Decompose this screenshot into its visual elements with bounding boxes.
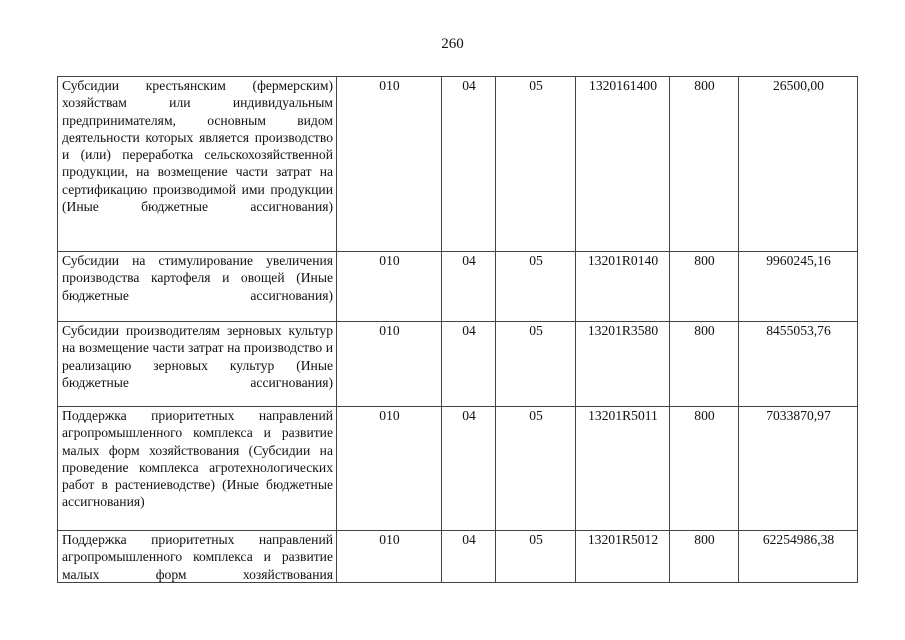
ministry-code-cell: 010 — [337, 407, 442, 531]
subsection-code-cell: 05 — [496, 322, 576, 407]
amount-cell: 62254986,38 — [739, 531, 858, 583]
target-article-cell: 13201R5012 — [576, 531, 670, 583]
expense-name-cell: Поддержка приоритетных направлений агроп… — [58, 531, 337, 583]
table-row: Субсидии крестьянским (фермерским) хозяй… — [58, 77, 858, 252]
expense-type-cell: 800 — [670, 322, 739, 407]
subsection-code-cell: 05 — [496, 77, 576, 252]
section-code-cell: 04 — [442, 531, 496, 583]
subsection-code-cell: 05 — [496, 407, 576, 531]
subsection-code-cell: 05 — [496, 252, 576, 322]
ministry-code-cell: 010 — [337, 252, 442, 322]
section-code-cell: 04 — [442, 322, 496, 407]
expense-name-cell: Поддержка приоритетных направлений агроп… — [58, 407, 337, 531]
ministry-code-cell: 010 — [337, 531, 442, 583]
table-row: Поддержка приоритетных направлений агроп… — [58, 531, 858, 583]
ministry-code-cell: 010 — [337, 77, 442, 252]
expense-name-text: Поддержка приоритетных направлений агроп… — [62, 531, 333, 582]
amount-cell: 7033870,97 — [739, 407, 858, 531]
page-number: 260 — [0, 36, 905, 53]
expense-type-cell: 800 — [670, 77, 739, 252]
table-row: Субсидии производителям зерновых культур… — [58, 322, 858, 407]
ministry-code-cell: 010 — [337, 322, 442, 407]
amount-cell: 9960245,16 — [739, 252, 858, 322]
section-code-cell: 04 — [442, 77, 496, 252]
budget-allocation-table: Субсидии крестьянским (фермерским) хозяй… — [57, 76, 858, 583]
expense-type-cell: 800 — [670, 407, 739, 531]
table-row: Поддержка приоритетных направлений агроп… — [58, 407, 858, 531]
subsection-code-cell: 05 — [496, 531, 576, 583]
amount-cell: 8455053,76 — [739, 322, 858, 407]
expense-name-cell: Субсидии производителям зерновых культур… — [58, 322, 337, 407]
section-code-cell: 04 — [442, 407, 496, 531]
target-article-cell: 13201R5011 — [576, 407, 670, 531]
expense-type-cell: 800 — [670, 531, 739, 583]
expense-name-cell: Субсидии на стимулирование увеличения пр… — [58, 252, 337, 322]
section-code-cell: 04 — [442, 252, 496, 322]
expense-name-cell: Субсидии крестьянским (фермерским) хозяй… — [58, 77, 337, 252]
target-article-cell: 13201R3580 — [576, 322, 670, 407]
target-article-cell: 13201R0140 — [576, 252, 670, 322]
target-article-cell: 1320161400 — [576, 77, 670, 252]
amount-cell: 26500,00 — [739, 77, 858, 252]
table-row: Субсидии на стимулирование увеличения пр… — [58, 252, 858, 322]
expense-type-cell: 800 — [670, 252, 739, 322]
